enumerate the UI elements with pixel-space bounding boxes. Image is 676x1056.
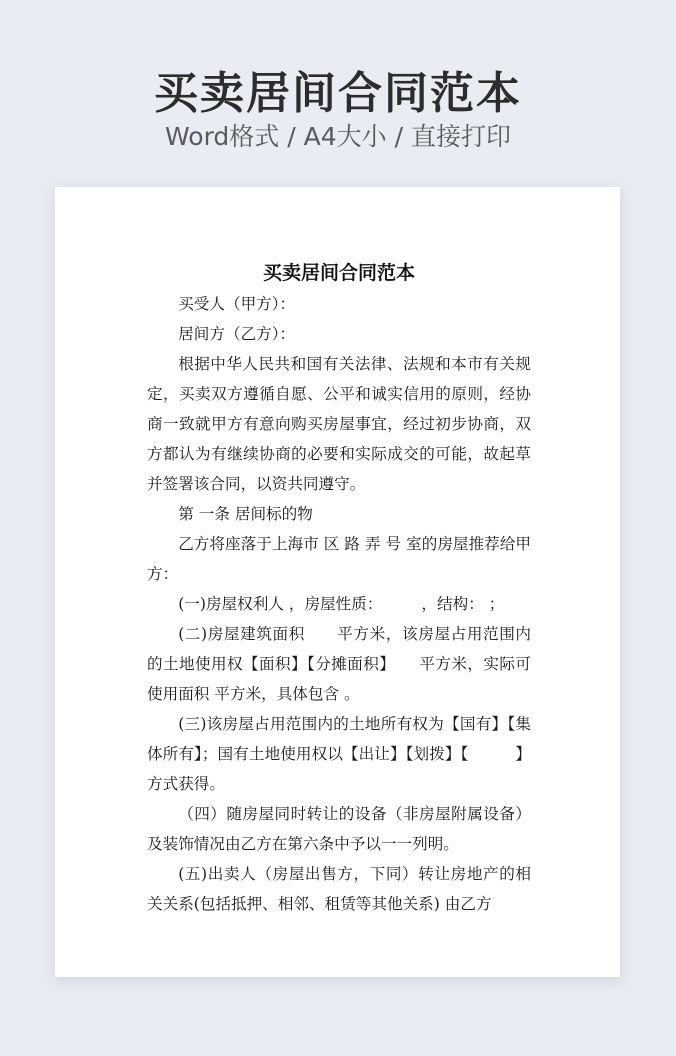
document-body: 买卖居间合同范本 买受人（甲方）： 居间方（乙方）： 根据中华人民共和国有关法律… <box>147 257 531 919</box>
clause-4-paragraph: （四）随房屋同时转让的设备（非房屋附属设备）及装饰情况由乙方在第六条中予以一一列… <box>147 799 531 859</box>
article-1-heading: 第 一条 居间标的物 <box>147 499 531 529</box>
banner-title: 买卖居间合同范本 <box>0 66 676 122</box>
banner-subtitle: Word格式 / A4大小 / 直接打印 <box>0 120 676 154</box>
clause-1-paragraph: (一)房屋权利人 ，房屋性质： ，结构： ； <box>147 589 531 619</box>
document-page: 买卖居间合同范本 买受人（甲方）： 居间方（乙方）： 根据中华人民共和国有关法律… <box>55 187 620 977</box>
buyer-line: 买受人（甲方）： <box>147 289 531 319</box>
document-title: 买卖居间合同范本 <box>147 257 531 289</box>
clause-2-paragraph: (二)房屋建筑面积 平方米，该房屋占用范围内的土地使用权【面积】【分摊面积】 平… <box>147 619 531 709</box>
clause-3-paragraph: (三)该房屋占用范围内的土地所有权为【国有】【集体所有】；国有土地使用权以【出让… <box>147 709 531 799</box>
property-location-paragraph: 乙方将座落于上海市 区 路 弄 号 室的房屋推荐给甲方： <box>147 529 531 589</box>
preamble-paragraph: 根据中华人民共和国有关法律、法规和本市有关规定，买卖双方遵循自愿、公平和诚实信用… <box>147 349 531 499</box>
intermediary-line: 居间方（乙方）： <box>147 319 531 349</box>
clause-5-paragraph: (五)出卖人（房屋出售方，下同）转让房地产的相关关系(包括抵押、相邻、租赁等其他… <box>147 859 531 919</box>
